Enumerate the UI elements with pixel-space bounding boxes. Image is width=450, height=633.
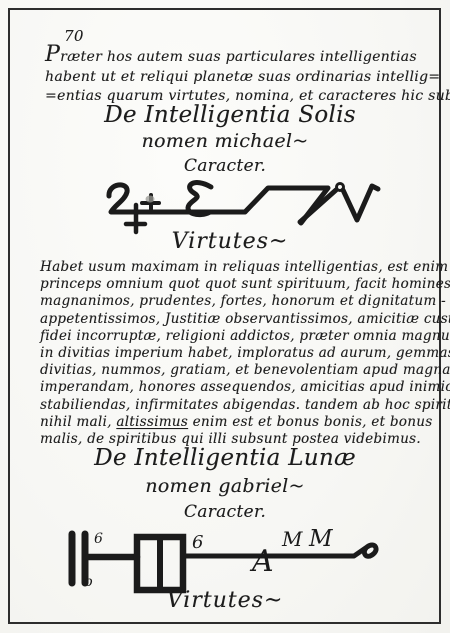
sigil-v-stroke [343, 186, 378, 220]
paragraph-line: in divitias imperium habet, imploratus a… [40, 345, 450, 362]
paragraph-line: Habet usum maximam in reliquas intellige… [40, 259, 450, 276]
underlined-word: altissimus [116, 414, 188, 430]
paragraph-line: magnanimos, prudentes, fortes, honorum e… [40, 293, 450, 310]
sun-virtutes-heading: Virtutes~ [5, 229, 450, 254]
intro-paragraph: Præter hos autem suas particulares intel… [45, 45, 450, 107]
intro-line: Præter hos autem suas particulares intel… [45, 45, 450, 68]
page-number: 70 [64, 27, 84, 45]
sun-virtutes-paragraph: Habet usum maximam in reliquas intellige… [40, 259, 450, 448]
sigil-x-stroke [300, 190, 336, 222]
paragraph-line: appetentissimos, Justitiæ observantissim… [40, 311, 450, 328]
paragraph-line: princeps omnium quot quot sunt spirituum… [40, 276, 450, 293]
paragraph-line: imperandam, honores assequendos, amiciti… [40, 379, 450, 396]
sigil-long-line [183, 545, 376, 556]
sun-nomen: nomen michael~ [0, 130, 450, 152]
ink-blot [146, 196, 155, 203]
paragraph-line: fidei incorruptæ, religioni addictos, pr… [40, 328, 450, 345]
sigil-number-glyph: 6 [94, 531, 103, 547]
sigil-number-glyph: 6 [192, 532, 203, 553]
sigil-letter-glyph: M [308, 526, 334, 552]
moon-caracter-label: Caracter. [0, 502, 450, 522]
paragraph-line: nihil mali, altissimus enim est et bonus… [40, 414, 450, 431]
moon-nomen: nomen gabriel~ [0, 475, 450, 497]
paragraph-line: stabiliendas, infirmitates abigendas. ta… [40, 397, 450, 414]
moon-virtutes-heading: Virtutes~ [0, 588, 450, 613]
sigil-letter-glyph: A [249, 544, 274, 579]
gabriel-sigil-drawing: 6 6 b A M M [58, 526, 398, 594]
moon-section-heading: De Intelligentia Lunæ [0, 445, 450, 471]
sigil-cross-below [126, 205, 145, 232]
intro-line: habent ut et reliqui planetæ suas ordina… [45, 68, 450, 88]
sigil-letter-glyph: M [281, 527, 303, 551]
sun-section-heading: De Intelligentia Solis [5, 102, 450, 128]
sun-caracter-label: Caracter. [0, 156, 450, 176]
manuscript-page-scan: 70 Præter hos autem suas particulares in… [0, 0, 450, 633]
paragraph-line: divitias, nummos, gratiam, et benevolent… [40, 362, 450, 379]
